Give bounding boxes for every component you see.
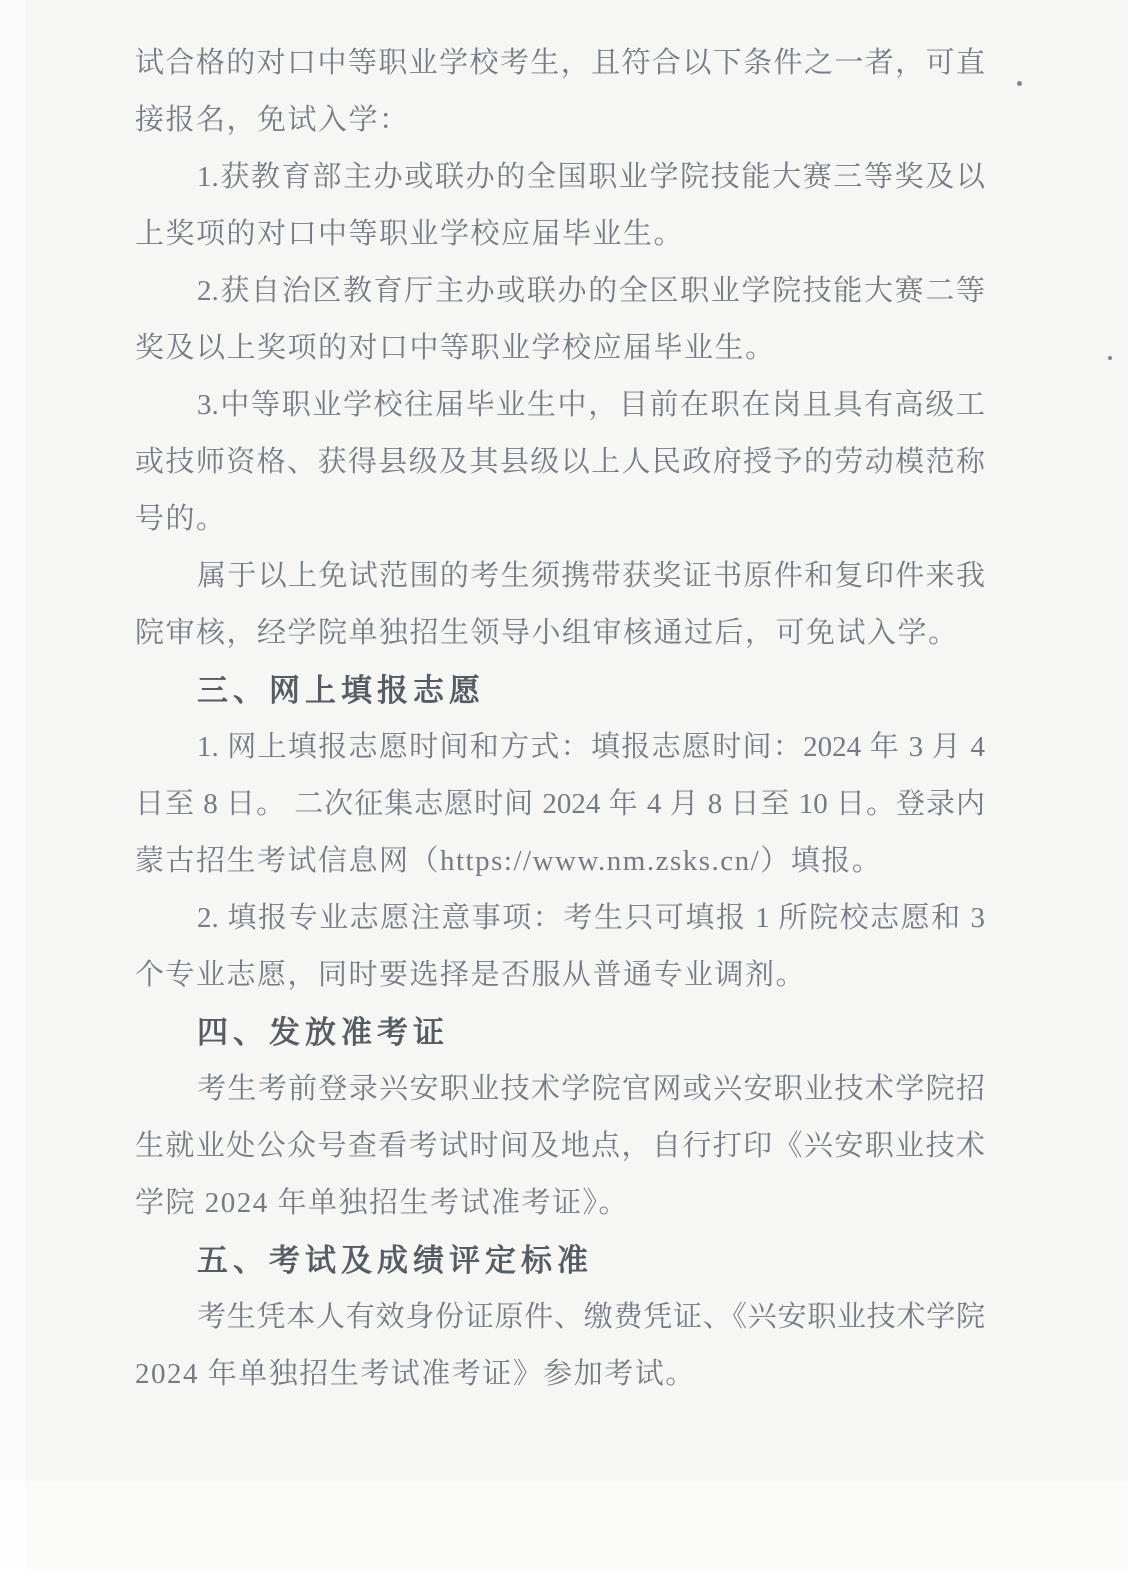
document-page: 试合格的对口中等职业学校考生，且符合以下条件之一者，可直接报名，免试入学：1.获… xyxy=(0,0,1128,1569)
text-line: 考生凭本人有效身份证原件、缴费凭证、《兴安职业技术学院 xyxy=(135,1289,985,1346)
text-line: 试合格的对口中等职业学校考生，且符合以下条件之一者，可直 xyxy=(135,35,985,92)
text-line: 三、网上填报志愿 xyxy=(135,662,985,719)
text-line: 2. 填报专业志愿注意事项：考生只可填报 1 所院校志愿和 3 xyxy=(135,890,985,947)
text-line: 接报名，免试入学： xyxy=(135,92,985,149)
text-line: 四、发放准考证 xyxy=(135,1004,985,1061)
text-line: 蒙古招生考试信息网（https://www.nm.zsks.cn/）填报。 xyxy=(135,833,985,890)
text-line: 或技师资格、获得县级及其县级以上人民政府授予的劳动模范称 xyxy=(135,434,985,491)
text-line: 2.获自治区教育厅主办或联办的全区职业学院技能大赛二等 xyxy=(135,263,985,320)
text-line: 上奖项的对口中等职业学校应届毕业生。 xyxy=(135,206,985,263)
document-body: 试合格的对口中等职业学校考生，且符合以下条件之一者，可直接报名，免试入学：1.获… xyxy=(135,35,985,1403)
text-line: 五、考试及成绩评定标准 xyxy=(135,1232,985,1289)
text-line: 院审核，经学院单独招生领导小组审核通过后，可免试入学。 xyxy=(135,605,985,662)
text-line: 个专业志愿，同时要选择是否服从普通专业调剂。 xyxy=(135,947,985,1004)
text-line: 3.中等职业学校往届毕业生中，目前在职在岗且具有高级工 xyxy=(135,377,985,434)
text-line: 考生考前登录兴安职业技术学院官网或兴安职业技术学院招 xyxy=(135,1061,985,1118)
scan-edge-left xyxy=(0,0,26,1569)
text-line: 2024 年单独招生考试准考证》参加考试。 xyxy=(135,1346,985,1403)
text-line: 1. 网上填报志愿时间和方式：填报志愿时间：2024 年 3 月 4 xyxy=(135,719,985,776)
text-line: 学院 2024 年单独招生考试准考证》。 xyxy=(135,1175,985,1232)
scan-edge-bottom xyxy=(0,1481,1128,1569)
scan-artifact-dot xyxy=(1108,356,1112,360)
scan-artifact-dot xyxy=(1017,81,1022,86)
text-line: 奖及以上奖项的对口中等职业学校应届毕业生。 xyxy=(135,320,985,377)
text-line: 号的。 xyxy=(135,491,985,548)
text-line: 1.获教育部主办或联办的全国职业学院技能大赛三等奖及以 xyxy=(135,149,985,206)
text-line: 生就业处公众号查看考试时间及地点，自行打印《兴安职业技术 xyxy=(135,1118,985,1175)
text-line: 属于以上免试范围的考生须携带获奖证书原件和复印件来我 xyxy=(135,548,985,605)
text-line: 日至 8 日。 二次征集志愿时间 2024 年 4 月 8 日至 10 日。登录… xyxy=(135,776,985,833)
